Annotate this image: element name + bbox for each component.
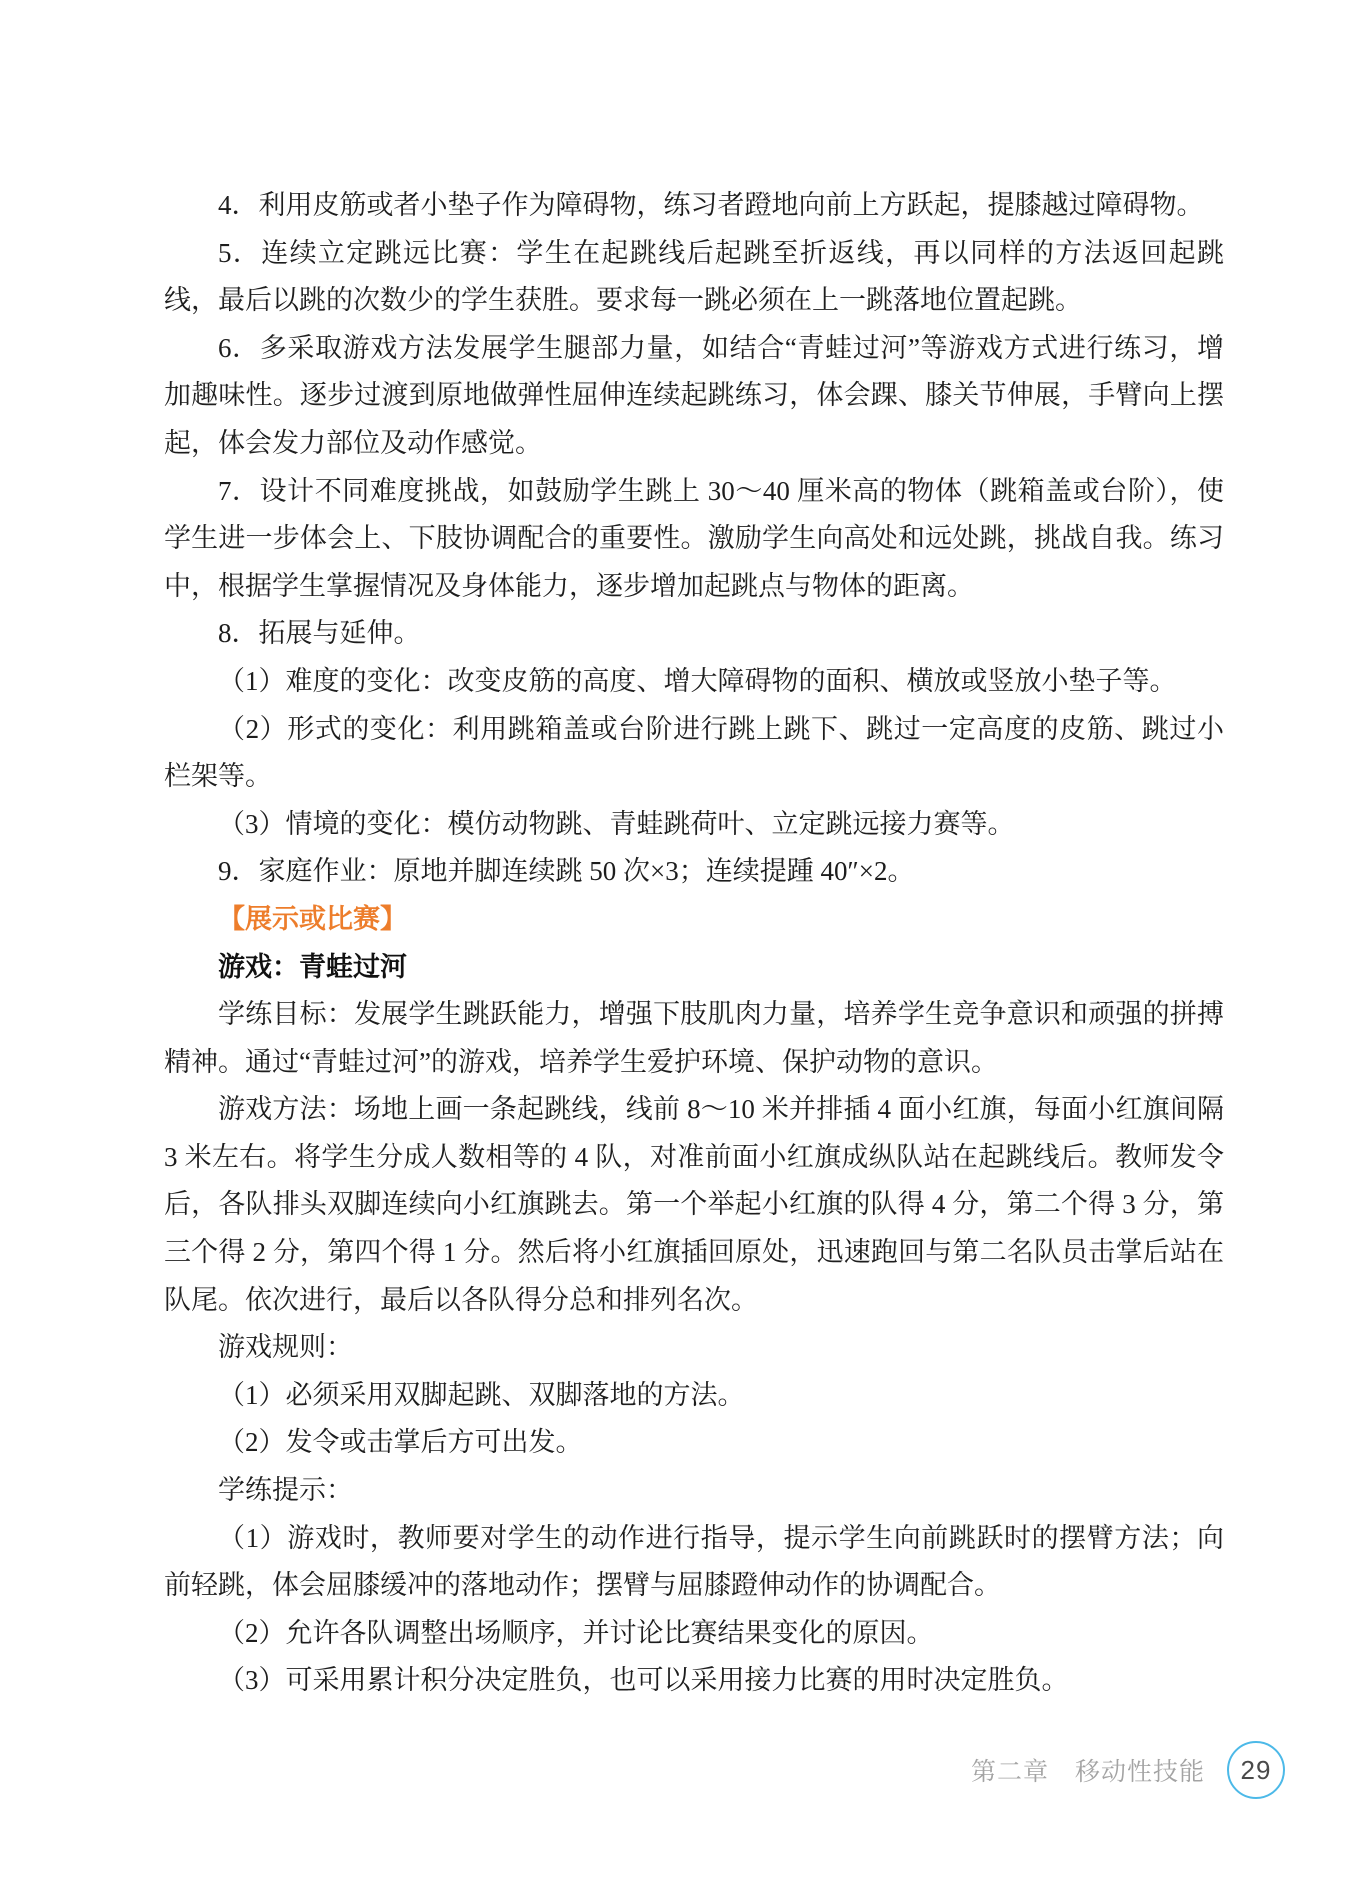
- paragraph-5-continuous-jump-race: 5．连续立定跳远比赛：学生在起跳线后起跳至折返线，再以同样的方法返回起跳线，最后…: [164, 230, 1224, 325]
- page-number-badge: 29: [1227, 1741, 1285, 1799]
- paragraph-9-homework: 9．家庭作业：原地并脚连续跳 50 次×3；连续提踵 40″×2。: [164, 848, 1224, 896]
- paragraph-7-difficulty-challenges: 7．设计不同难度挑战，如鼓励学生跳上 30～40 厘米高的物体（跳箱盖或台阶），…: [164, 468, 1224, 611]
- paragraph-learning-goal: 学练目标：发展学生跳跃能力，增强下肢肌肉力量，培养学生竞争意识和顽强的拼搏精神。…: [164, 991, 1224, 1086]
- paragraph-8-extension: 8．拓展与延伸。: [164, 610, 1224, 658]
- page-number: 29: [1241, 1755, 1272, 1786]
- paragraph-practice-tips-label: 学练提示：: [164, 1467, 1224, 1515]
- section-header-display-or-competition: 【展示或比赛】: [164, 896, 1224, 944]
- paragraph-8-2-form-variation: （2）形式的变化：利用跳箱盖或台阶进行跳上跳下、跳过一定高度的皮筋、跳过小栏架等…: [164, 706, 1224, 801]
- paragraph-tip-3: （3）可采用累计积分决定胜负，也可以采用接力比赛的用时决定胜负。: [164, 1657, 1224, 1705]
- page-content: 4．利用皮筋或者小垫子作为障碍物，练习者蹬地向前上方跃起，提膝越过障碍物。 5．…: [164, 182, 1224, 1705]
- page-footer: 第二章 移动性技能 29: [971, 1741, 1285, 1799]
- paragraph-4-obstacle-practice: 4．利用皮筋或者小垫子作为障碍物，练习者蹬地向前上方跃起，提膝越过障碍物。: [164, 182, 1224, 230]
- paragraph-tip-1: （1）游戏时，教师要对学生的动作进行指导，提示学生向前跳跃时的摆臂方法；向前轻跳…: [164, 1515, 1224, 1610]
- paragraph-rule-2: （2）发令或击掌后方可出发。: [164, 1419, 1224, 1467]
- game-title-heading: 游戏：青蛙过河: [164, 944, 1224, 992]
- paragraph-game-rules-label: 游戏规则：: [164, 1324, 1224, 1372]
- paragraph-8-3-context-variation: （3）情境的变化：模仿动物跳、青蛙跳荷叶、立定跳远接力赛等。: [164, 801, 1224, 849]
- paragraph-tip-2: （2）允许各队调整出场顺序，并讨论比赛结果变化的原因。: [164, 1610, 1224, 1658]
- paragraph-game-method: 游戏方法：场地上画一条起跳线，线前 8～10 米并排插 4 面小红旗，每面小红旗…: [164, 1086, 1224, 1324]
- footer-chapter-label: 第二章 移动性技能: [971, 1752, 1205, 1788]
- document-page: 4．利用皮筋或者小垫子作为障碍物，练习者蹬地向前上方跃起，提膝越过障碍物。 5．…: [0, 0, 1359, 1891]
- paragraph-6-game-methods: 6．多采取游戏方法发展学生腿部力量，如结合“青蛙过河”等游戏方式进行练习，增加趣…: [164, 325, 1224, 468]
- paragraph-8-1-difficulty-variation: （1）难度的变化：改变皮筋的高度、增大障碍物的面积、横放或竖放小垫子等。: [164, 658, 1224, 706]
- paragraph-rule-1: （1）必须采用双脚起跳、双脚落地的方法。: [164, 1372, 1224, 1420]
